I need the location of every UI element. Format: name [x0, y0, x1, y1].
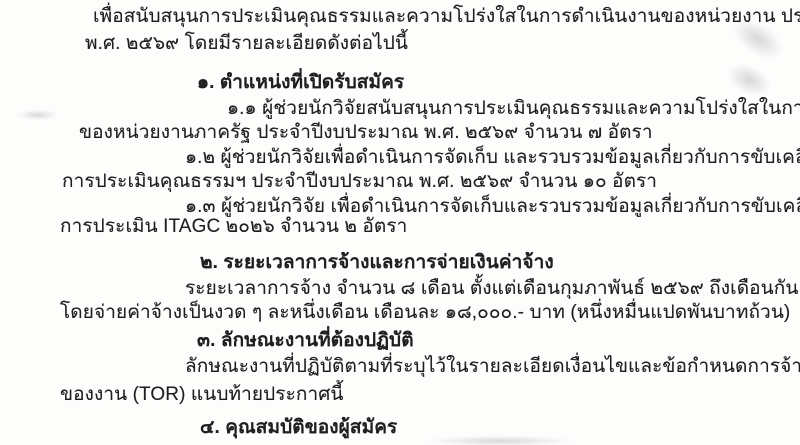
- item-1-3-line-2: การประเมิน ITAGC ๒๐๒๖ จำนวน ๒ อัตรา: [60, 215, 407, 239]
- intro-line-1: เพื่อสนับสนุนการประเมินคุณธรรมและความโปร…: [93, 5, 800, 29]
- section-2-heading: ๒. ระยะเวลาการจ้างและการจ่ายเงินค่าจ้าง: [200, 251, 554, 275]
- item-1-1-line-1: ๑.๑ ผู้ช่วยนักวิจัยสนับสนุนการประเมินคุณ…: [227, 97, 800, 121]
- section-1-heading: ๑. ตำแหน่งที่เปิดรับสมัคร: [197, 71, 404, 95]
- section-3-body-line-2: ของงาน (TOR) แนบท้ายประกาศนี้: [60, 383, 344, 407]
- item-1-2-line-1: ๑.๒ ผู้ช่วยนักวิจัยเพื่อดำเนินการจัดเก็บ…: [185, 146, 800, 170]
- section-3-heading: ๓. ลักษณะงานที่ต้องปฏิบัติ: [197, 329, 414, 353]
- item-1-2-line-2: การประเมินคุณธรรมฯ ประจำปีงบประมาณ พ.ศ. …: [62, 170, 657, 194]
- item-1-1-line-2: ของหน่วยงานภาครัฐ ประจำปีงบประมาณ พ.ศ. ๒…: [79, 121, 653, 145]
- scan-smudge-bottom: [425, 436, 575, 445]
- intro-line-2: พ.ศ. ๒๕๖๙ โดยมีรายละเอียดดังต่อไปนี้: [85, 32, 408, 56]
- section-3-body-line-1: ลักษณะงานที่ปฏิบัติตามที่ระบุไว้ในรายละเ…: [185, 355, 800, 379]
- scan-smudge-top-right-2: [722, 58, 775, 102]
- scan-smudge-left: [18, 110, 58, 120]
- section-2-body-line-1: ระยะเวลาการจ้าง จำนวน ๘ เดือน ตั้งแต่เดื…: [185, 277, 800, 301]
- scanned-document-page: เพื่อสนับสนุนการประเมินคุณธรรมและความโปร…: [0, 0, 800, 445]
- section-4-heading: ๔. คุณสมบัติของผู้สมัคร: [200, 416, 397, 440]
- section-2-body-line-2: โดยจ่ายค่าจ้างเป็นงวด ๆ ละหนึ่งเดือน เดื…: [60, 301, 790, 325]
